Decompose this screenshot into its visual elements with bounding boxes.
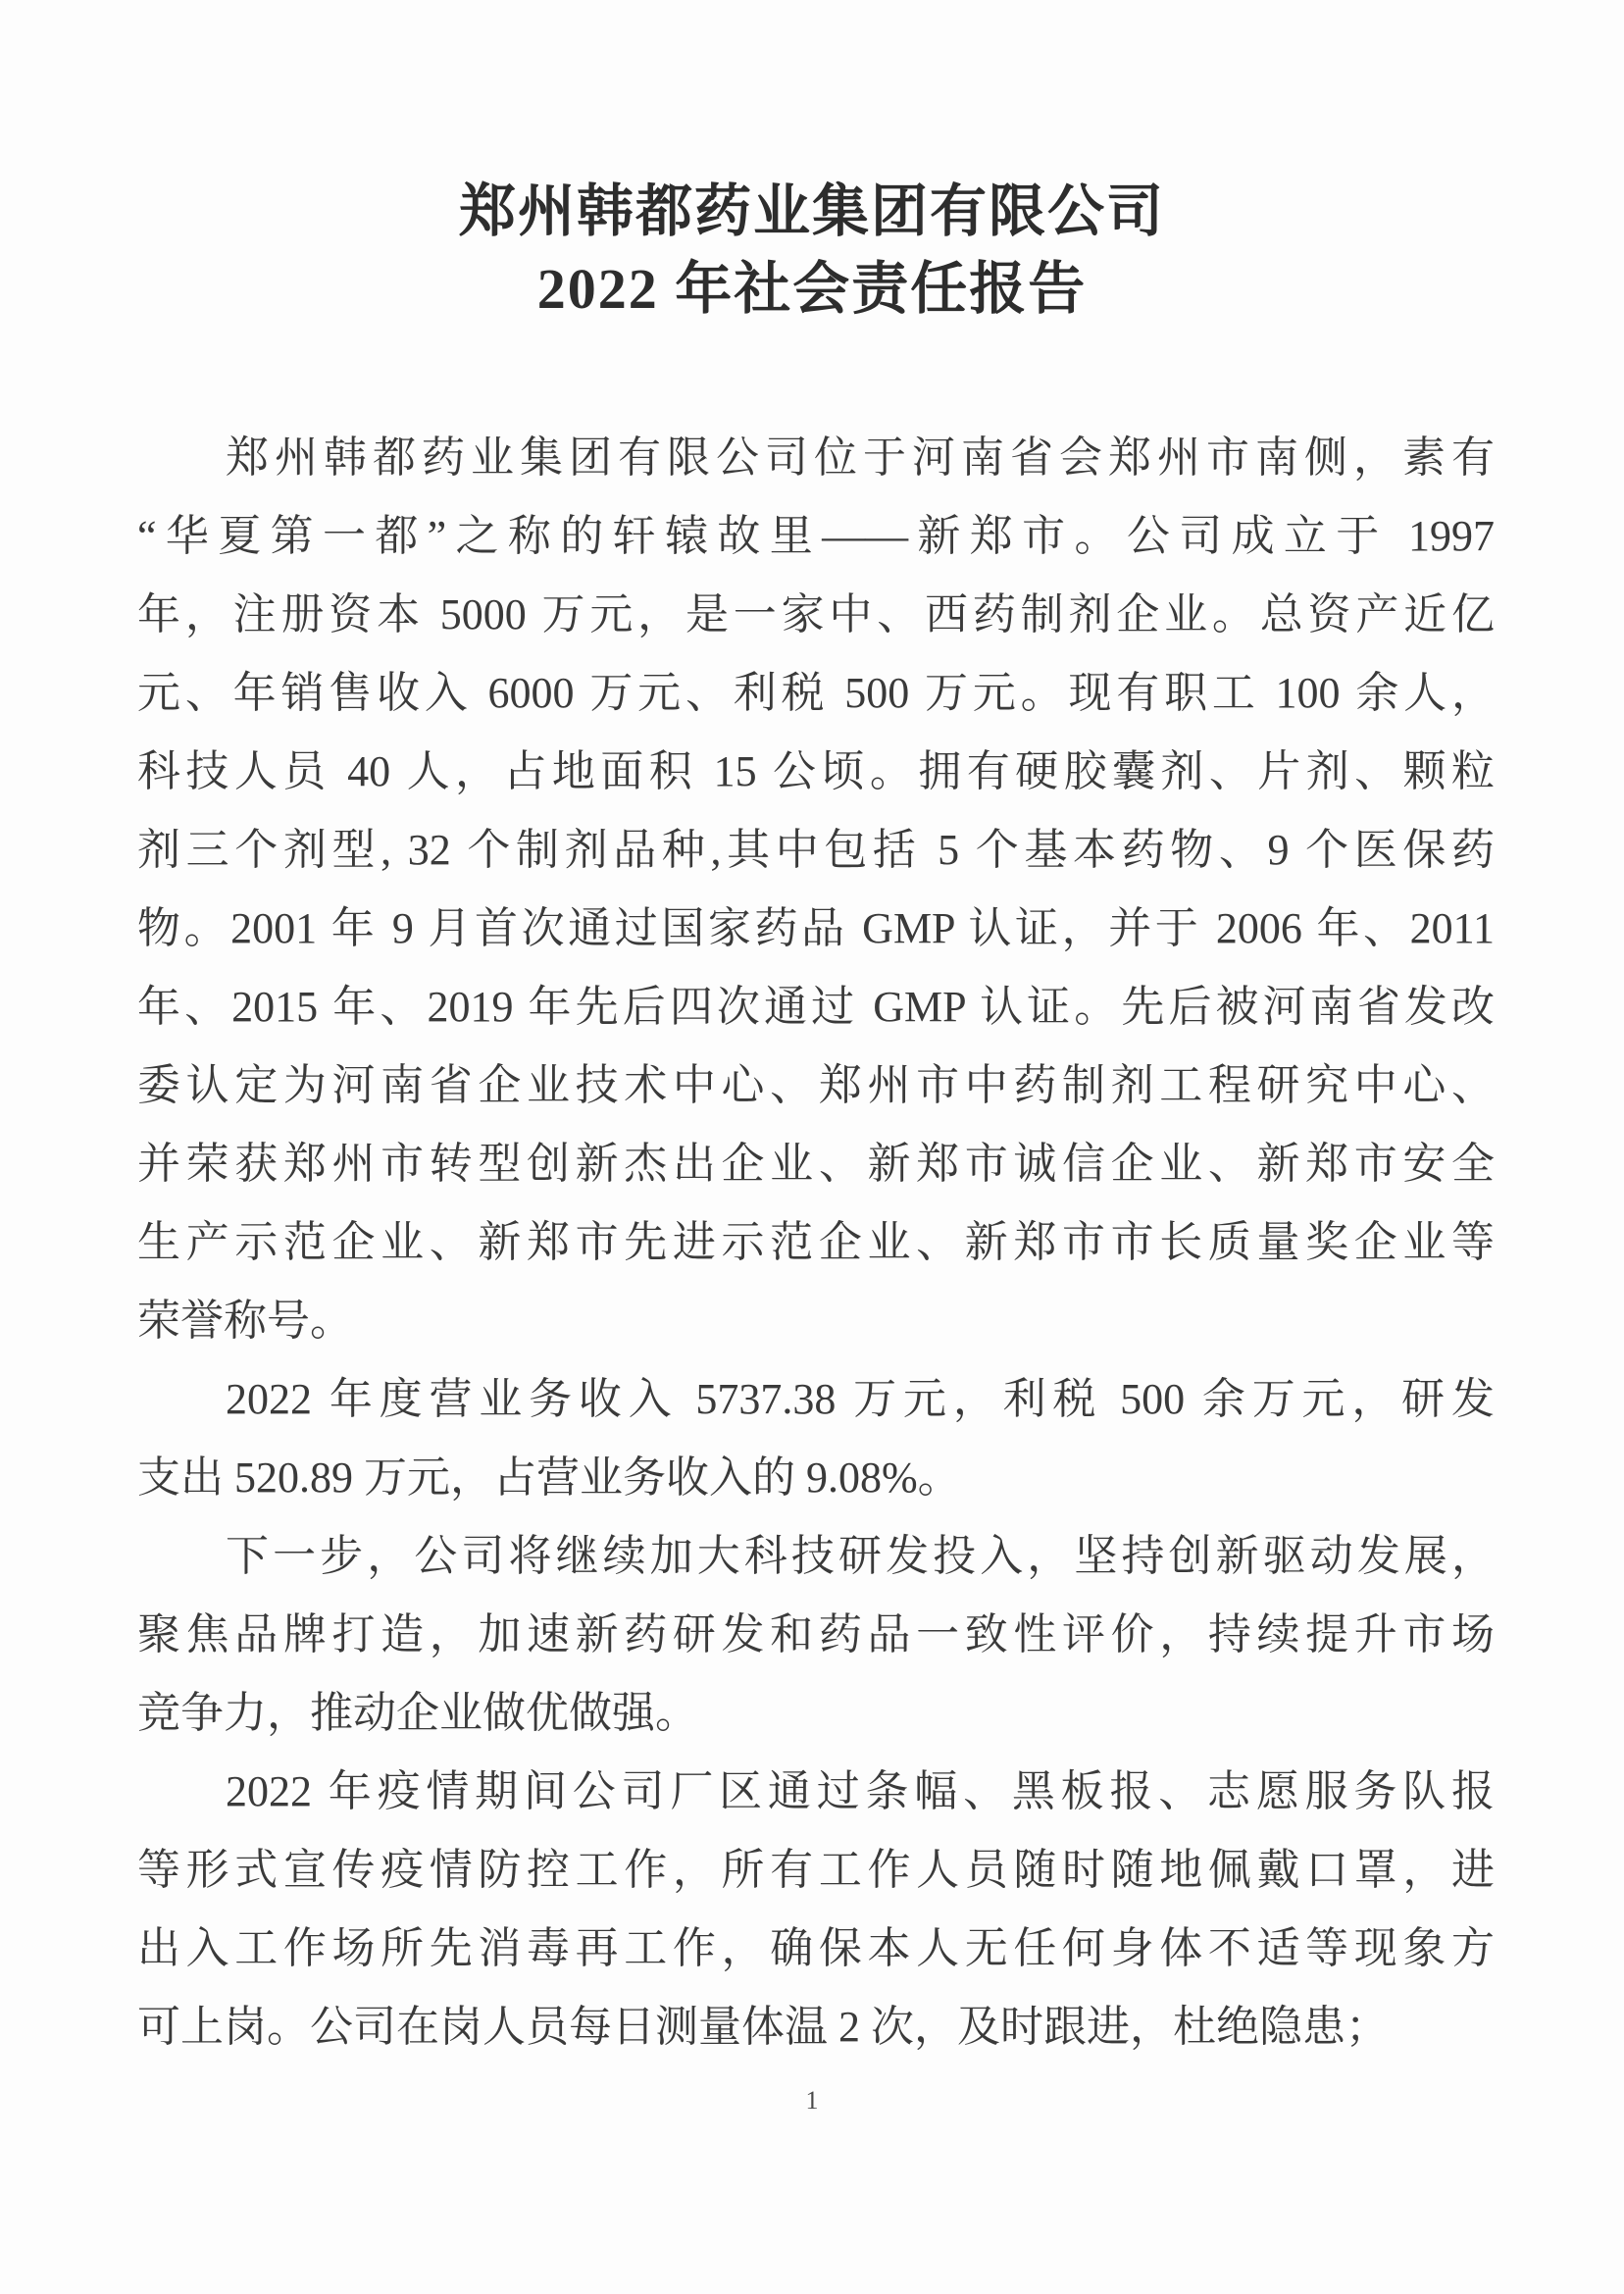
text-line: 生产示范企业、新郑市先进示范企业、新郑市市长质量奖企业等: [137, 1203, 1495, 1282]
text-line: 竞争力，推动企业做优做强。: [137, 1674, 1495, 1753]
document-title-line-2: 2022 年社会责任报告: [0, 250, 1624, 328]
text-line: 郑州韩都药业集团有限公司位于河南省会郑州市南侧，素有: [137, 419, 1495, 497]
text-line: 剂三个剂型, 32 个制剂品种,其中包括 5 个基本药物、9 个医保药: [137, 811, 1495, 890]
text-line: 2022 年疫情期间公司厂区通过条幅、黑板报、志愿服务队报: [137, 1753, 1495, 1831]
text-line: 物。2001 年 9 月首次通过国家药品 GMP 认证，并于 2006 年、20…: [137, 890, 1495, 968]
document-page: 郑州韩都药业集团有限公司 2022 年社会责任报告 郑州韩都药业集团有限公司位于…: [0, 0, 1624, 2294]
text-line: 年，注册资本 5000 万元，是一家中、西药制剂企业。总资产近亿: [137, 576, 1495, 654]
text-line: 年、2015 年、2019 年先后四次通过 GMP 认证。先后被河南省发改: [137, 968, 1495, 1046]
text-line: 下一步，公司将继续加大科技研发投入，坚持创新驱动发展，: [137, 1517, 1495, 1596]
document-title: 郑州韩都药业集团有限公司 2022 年社会责任报告: [0, 173, 1624, 328]
document-body: 郑州韩都药业集团有限公司位于河南省会郑州市南侧，素有 “华夏第一都”之称的轩辕故…: [137, 419, 1495, 2066]
text-line: 聚焦品牌打造，加速新药研发和药品一致性评价，持续提升市场: [137, 1596, 1495, 1674]
text-line: 出入工作场所先消毒再工作，确保本人无任何身体不适等现象方: [137, 1910, 1495, 1988]
text-line: 2022 年度营业务收入 5737.38 万元，利税 500 余万元，研发: [137, 1360, 1495, 1439]
document-title-line-1: 郑州韩都药业集团有限公司: [0, 173, 1624, 250]
text-line: 元、年销售收入 6000 万元、利税 500 万元。现有职工 100 余人，: [137, 654, 1495, 733]
text-line: “华夏第一都”之称的轩辕故里——新郑市。公司成立于 1997: [137, 497, 1495, 576]
text-line: 支出 520.89 万元，占营业务收入的 9.08%。: [137, 1439, 1495, 1517]
text-line: 委认定为河南省企业技术中心、郑州市中药制剂工程研究中心、: [137, 1046, 1495, 1125]
text-line: 可上岗。公司在岗人员每日测量体温 2 次，及时跟进，杜绝隐患；: [137, 1988, 1495, 2066]
text-line: 荣誉称号。: [137, 1282, 1495, 1360]
text-line: 科技人员 40 人，占地面积 15 公顷。拥有硬胶囊剂、片剂、颗粒: [137, 733, 1495, 811]
page-number: 1: [0, 2081, 1624, 2120]
text-line: 并荣获郑州市转型创新杰出企业、新郑市诚信企业、新郑市安全: [137, 1125, 1495, 1203]
text-line: 等形式宣传疫情防控工作，所有工作人员随时随地佩戴口罩，进: [137, 1831, 1495, 1910]
